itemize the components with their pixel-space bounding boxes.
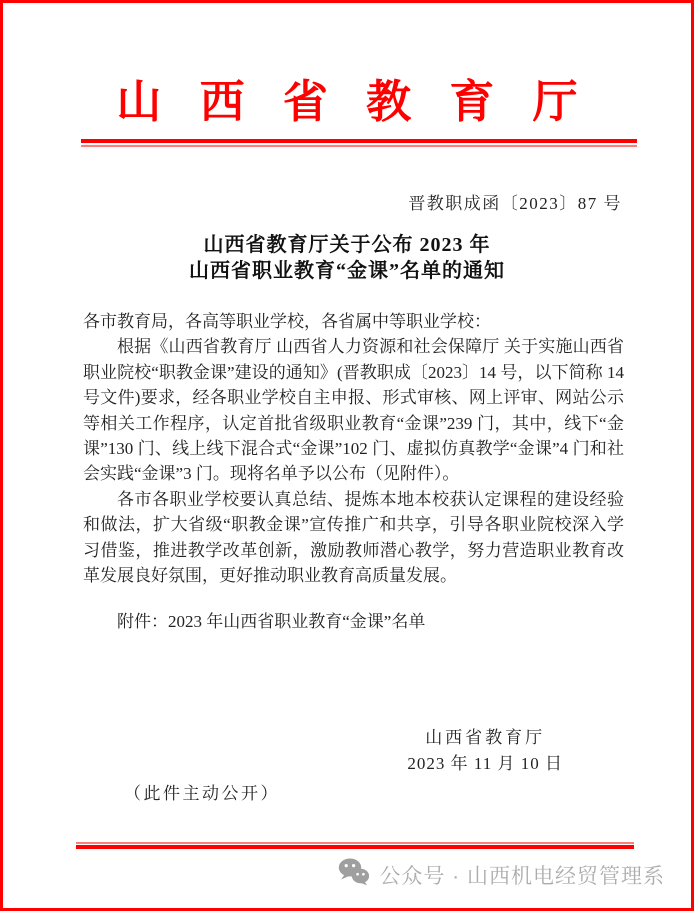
footer-red-rule: [76, 842, 634, 849]
footer-rule-thick-line: [76, 845, 634, 849]
attachment-line: 附件：2023 年山西省职业教育“金课”名单: [83, 609, 624, 634]
agency-letterhead-title: 山 西 省 教 育 厅: [3, 65, 691, 130]
header-red-rule: [81, 139, 637, 147]
signing-agency: 山西省教育厅: [407, 725, 563, 751]
header-rule-thin-line: [81, 145, 637, 147]
body-paragraph-1: 根据《山西省教育厅 山西省人力资源和社会保障厅 关于实施山西省职业院校“职教金课…: [83, 334, 624, 486]
signing-date: 2023 年 11 月 10 日: [407, 751, 563, 777]
document-body: 各市教育局，各高等职业学校，各省属中等职业学校： 根据《山西省教育厅 山西省人力…: [83, 309, 624, 635]
disclosure-note: （此件主动公开）: [124, 779, 280, 804]
signature-block: 山西省教育厅 2023 年 11 月 10 日: [407, 725, 563, 777]
body-paragraph-2: 各市各职业学校要认真总结、提炼本地本校获认定课程的建设经验和做法，扩大省级“职教…: [83, 487, 624, 589]
document-number: 晋教职成函〔2023〕87 号: [408, 189, 622, 214]
document-title-line1: 山西省教育厅关于公布 2023 年: [3, 232, 691, 258]
wechat-icon: [338, 858, 370, 892]
watermark-text: 公众号 · 山西机电经贸管理系: [379, 860, 665, 890]
document-page: 山 西 省 教 育 厅 晋教职成函〔2023〕87 号 山西省教育厅关于公布 2…: [0, 0, 694, 911]
salutation-line: 各市教育局，各高等职业学校，各省属中等职业学校：: [83, 309, 624, 334]
document-title: 山西省教育厅关于公布 2023 年 山西省职业教育“金课”名单的通知: [3, 232, 691, 284]
wechat-watermark: 公众号 · 山西机电经贸管理系: [338, 858, 665, 892]
document-title-line2: 山西省职业教育“金课”名单的通知: [3, 258, 691, 284]
